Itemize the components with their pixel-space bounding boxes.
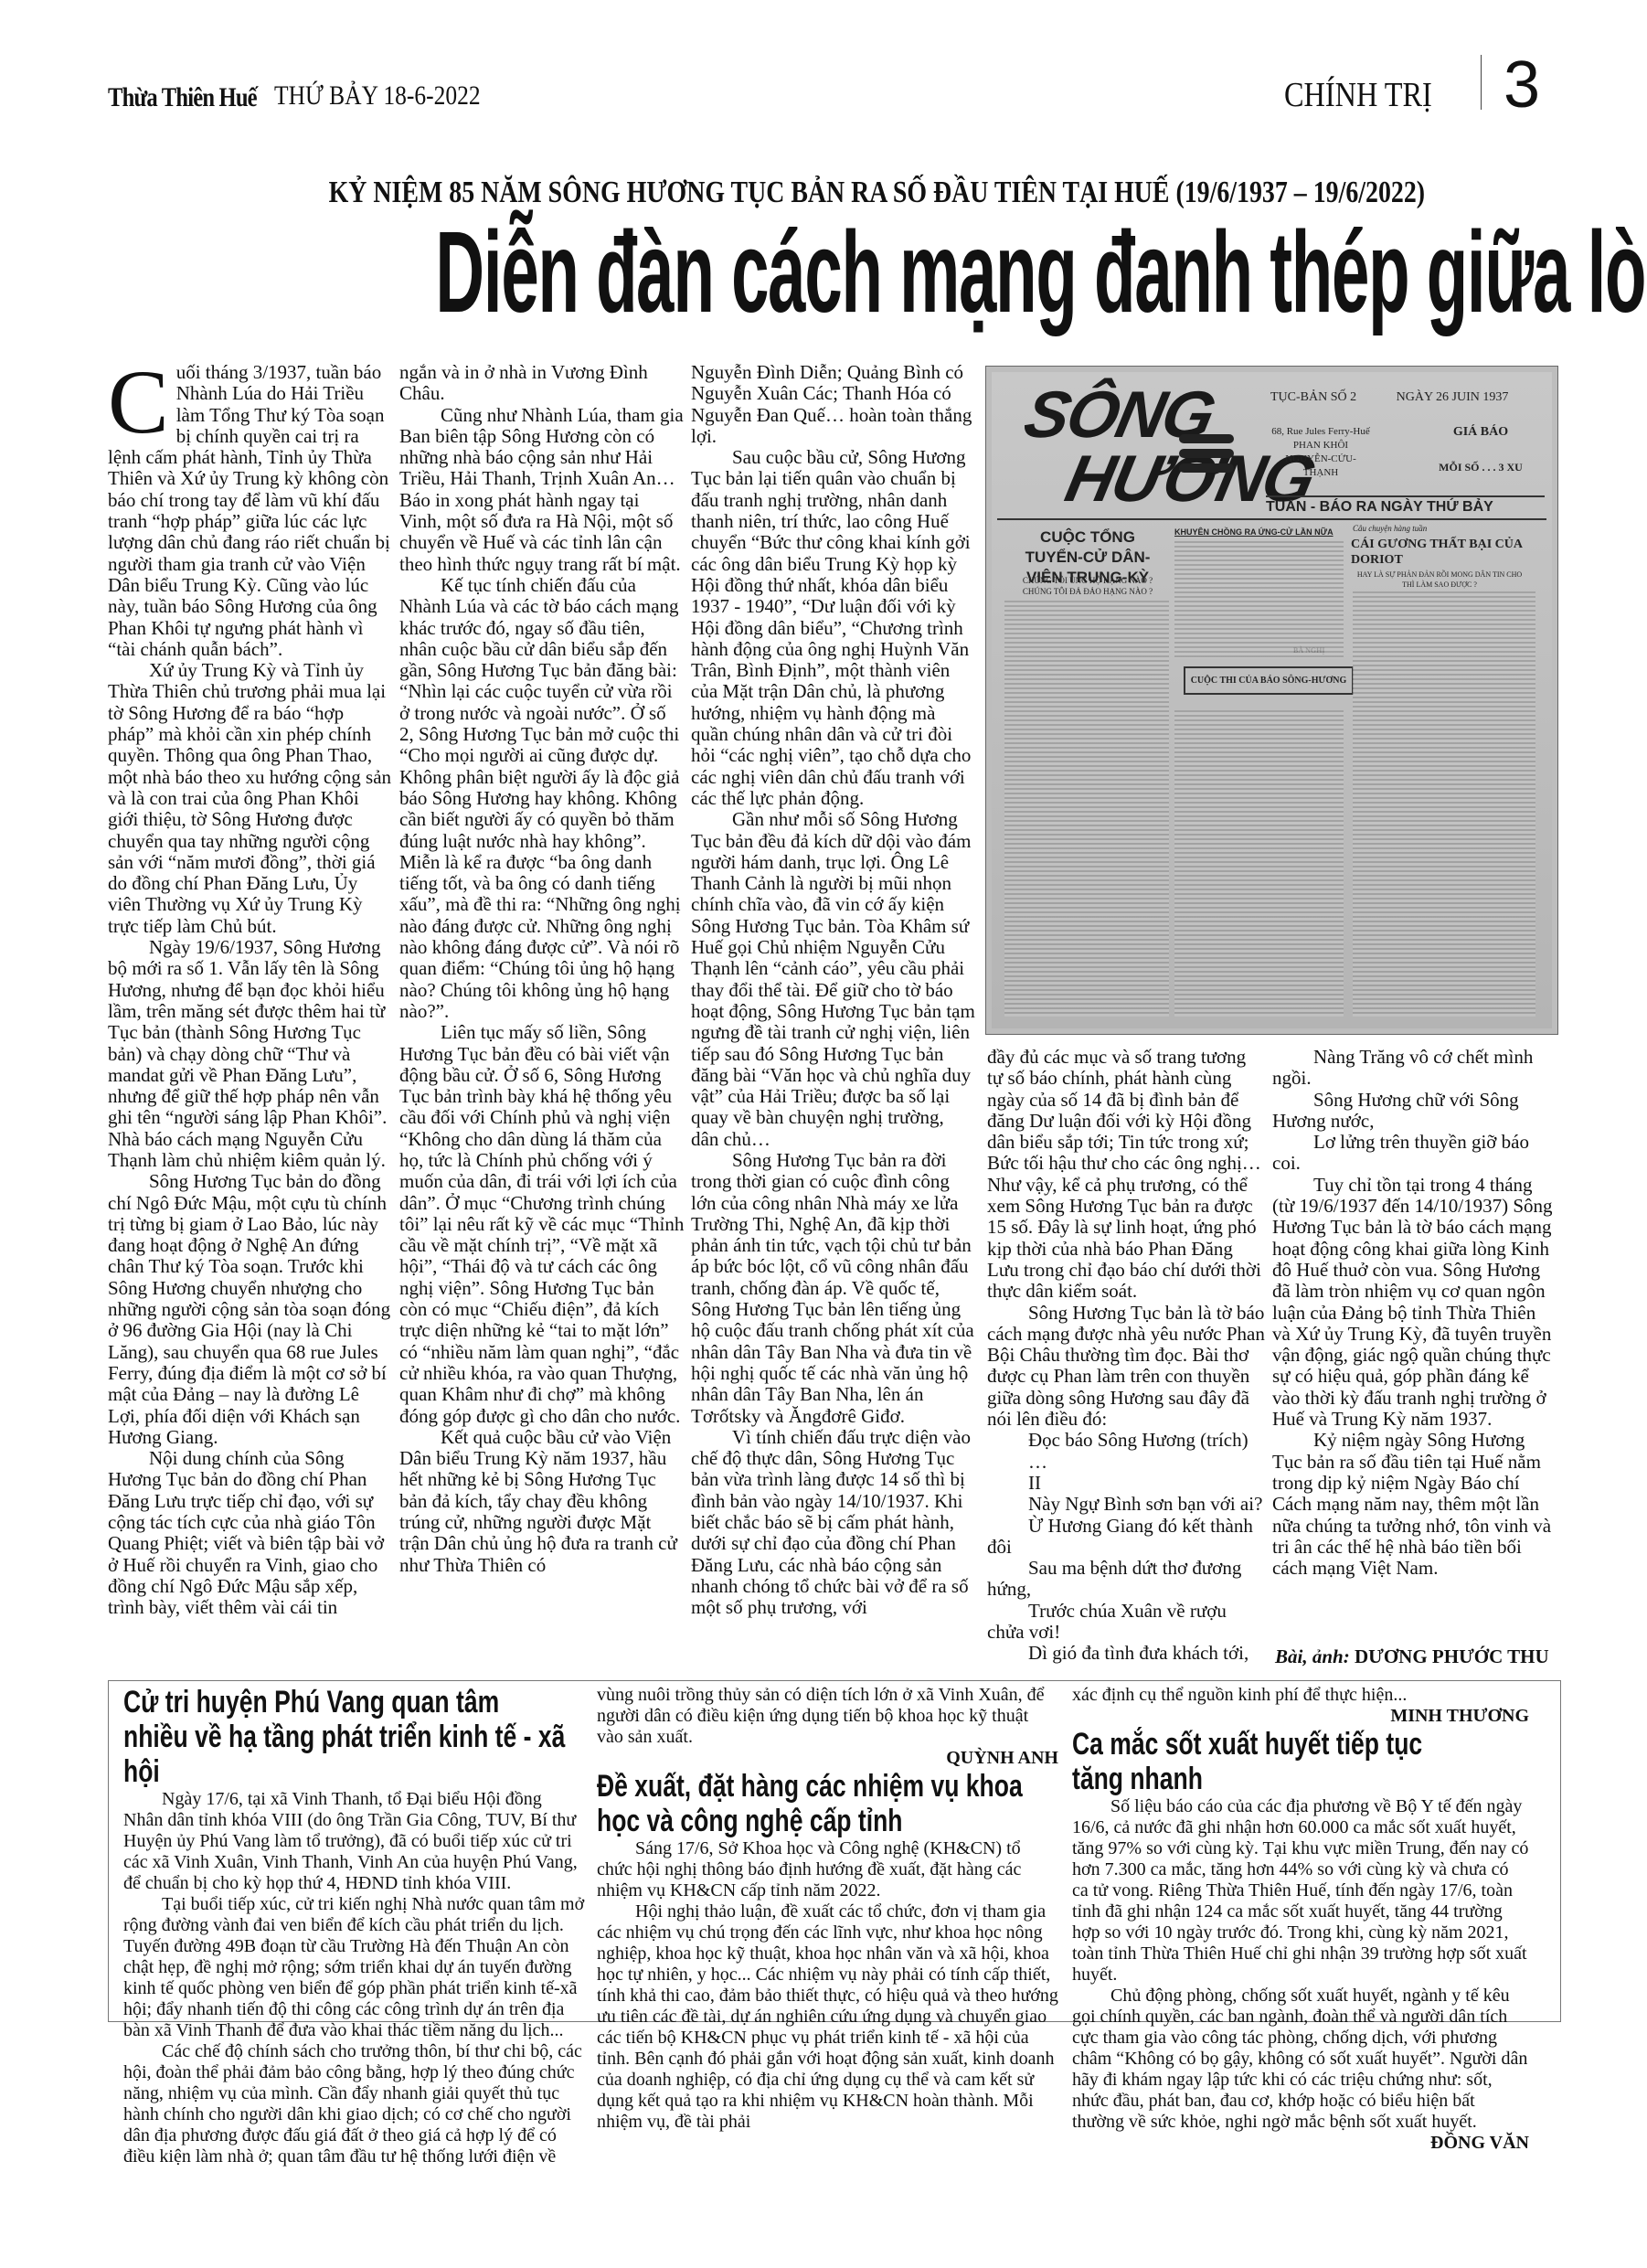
masthead: Thừa Thiên Huế <box>108 82 257 113</box>
photo-text-block <box>1353 591 1535 1017</box>
poem-title: Đọc báo Sông Hương (trích) <box>987 1430 1266 1451</box>
paragraph: Sau cuộc bầu cử, Sông Hương Tục bản lại … <box>691 447 976 809</box>
paragraph: Số liệu báo cáo của các địa phương về Bộ… <box>1072 1796 1529 1986</box>
paragraph: Kết quả cuộc bầu cử vào Viện Dân biểu Tr… <box>399 1427 685 1576</box>
header-divider <box>1481 55 1482 110</box>
paragraph-continued: vùng nuôi trồng thủy sản có diện tích lớ… <box>597 1685 1058 1748</box>
paragraph: Ngày 17/6, tại xã Vinh Thanh, tổ Đại biể… <box>123 1789 585 1894</box>
author-signature: ĐỒNG VĂN <box>1072 2133 1529 2154</box>
article-column-1: C uối tháng 3/1937, tuần báo Nhành Lúa d… <box>108 362 393 1619</box>
paragraph: đầy đủ các mục và số trang tương tự số b… <box>987 1047 1266 1303</box>
paragraph: Sông Hương Tục bản ra đời trong thời gia… <box>691 1150 976 1427</box>
poem-line: Nàng Trăng vô cớ chết mình ngồi. <box>1272 1047 1556 1090</box>
logo-wave-icon <box>1179 463 1234 473</box>
paragraph: Hội nghị thảo luận, đề xuất các tổ chức,… <box>597 1901 1058 2133</box>
publisher-info: 68, Rue Jules Ferry-Huế PHAN KHÔI NGUYỄN… <box>1270 425 1371 480</box>
article-column-2: ngắn và in ở nhà in Vương Đình Châu. Cũn… <box>399 362 685 1576</box>
paragraph: Sông Hương Tục bản là tờ báo cách mạng đ… <box>987 1303 1266 1431</box>
photo-rule <box>997 518 1546 520</box>
paragraph: Chủ động phòng, chống sốt xuất huyết, ng… <box>1072 1986 1529 2133</box>
brief-title: Cử tri huyện Phú Vang quan tâm nhiều về … <box>123 1685 566 1789</box>
poem-line: Sau ma bệnh dứt thơ đương hứng, <box>987 1558 1266 1601</box>
paragraph: ngắn và in ở nhà in Vương Đình Châu. <box>399 362 685 405</box>
poem-line: Lơ lửng trên thuyền giỡ báo coi. <box>1272 1132 1556 1175</box>
paragraph: Tại buổi tiếp xúc, cử tri kiến nghị Nhà … <box>123 1894 585 2041</box>
paragraph: Ngày 19/6/1937, Sông Hương bộ mới ra số … <box>108 937 393 1171</box>
paragraph: Kế tục tính chiến đấu của Nhành Lúa và c… <box>399 575 685 1022</box>
photo-contest-box: CUỘC THI CỦA BÁO SÔNG-HƯƠNG <box>1184 666 1354 695</box>
weekly-banner: TUẦN - BÁO RA NGÀY THỨ BẢY <box>1266 495 1545 516</box>
poem-line: Sông Hương chữ với Sông Hương nước, <box>1272 1090 1556 1133</box>
brief-title: Đề xuất, đặt hàng các nhiệm vụ khoa học … <box>597 1769 1025 1838</box>
section-title: CHÍNH TRỊ <box>1284 75 1432 115</box>
photo-text-block <box>1174 710 1344 1017</box>
newspaper-scan-photo: SÔNG HƯƠNG TỤC-BẢN SỐ 2 NGÀY 26 JUIN 193… <box>985 366 1558 1035</box>
author-signature: MINH THƯƠNG <box>1072 1706 1529 1727</box>
poem-line: Ừ Hương Giang đó kết thành đôi <box>987 1516 1266 1559</box>
paragraph-continued: xác định cụ thể nguồn kinh phí để thực h… <box>1072 1685 1529 1706</box>
price-box: GIÁ BÁO MỖI SỐ . . . 3 XU <box>1421 425 1540 474</box>
brief-article-khcn: vùng nuôi trồng thủy sản có diện tích lớ… <box>597 1685 1058 2133</box>
poem-line: II <box>987 1473 1266 1494</box>
logo-wave-icon <box>1179 434 1234 443</box>
main-byline: Bài, ảnh: DƯƠNG PHƯỚC THU <box>1275 1645 1549 1668</box>
article-column-5: Nàng Trăng vô cớ chết mình ngồi. Sông Hư… <box>1272 1047 1556 1579</box>
poem-line: Dì gió đa tình đưa khách tới, <box>987 1643 1266 1664</box>
paragraph: Nguyễn Đình Diễn; Quảng Bình có Nguyễn X… <box>691 362 976 447</box>
paragraph: Gần như mỗi số Sông Hương Tục bản đều đả… <box>691 809 976 1150</box>
paragraph: Cũng như Nhành Lúa, tham gia Ban biên tậ… <box>399 405 685 575</box>
author-signature: QUỲNH ANH <box>597 1748 1058 1769</box>
photo-paper: SÔNG HƯƠNG TỤC-BẢN SỐ 2 NGÀY 26 JUIN 193… <box>992 372 1552 1028</box>
poem-line: Trước chúa Xuân về rượu chửa vơi! <box>987 1601 1266 1644</box>
photo-headline: KHUYÊN CHỒNG RA ỨNG-CỬ LẦN NỮA <box>1174 527 1344 537</box>
paragraph: Sáng 17/6, Sở Khoa học và Công nghệ (KH&… <box>597 1838 1058 1901</box>
paragraph: Liên tục mấy số liền, Sông Hương Tục bản… <box>399 1022 685 1427</box>
article-column-4: đầy đủ các mục và số trang tương tự số b… <box>987 1047 1266 1665</box>
brief-title: Ca mắc sốt xuất huyết tiếp tục tăng nhan… <box>1072 1727 1472 1796</box>
issue-date: THỨ BẢY 18-6-2022 <box>274 80 481 112</box>
photo-text-block <box>1174 541 1344 658</box>
article-column-3: Nguyễn Đình Diễn; Quảng Bình có Nguyễn X… <box>691 362 976 1619</box>
photo-text-block <box>1004 601 1169 1017</box>
paragraph: Tuy chỉ tồn tại trong 4 tháng (từ 19/6/1… <box>1272 1175 1556 1431</box>
article-kicker: KỶ NIỆM 85 NĂM SÔNG HƯƠNG TỤC BẢN RA SỐ … <box>329 176 1408 210</box>
logo-wave-icon <box>1179 449 1234 458</box>
photo-headline: CÁI GƯƠNG THẤT BẠI CỦA DORIOT <box>1351 537 1534 568</box>
paragraph: Nội dung chính của Sông Hương Tục bản do… <box>108 1448 393 1618</box>
paragraph: Vì tính chiến đấu trực diện vào chế độ t… <box>691 1427 976 1619</box>
article-headline: Diễn đàn cách mạng đanh thép giữa lòng k… <box>435 215 1319 330</box>
paragraph: Xứ ủy Trung Kỳ và Tỉnh ủy Thừa Thiên chủ… <box>108 660 393 937</box>
poem-line: Này Ngự Bình sơn bạn với ai? <box>987 1494 1266 1515</box>
brief-article-sot-xuat-huyet: xác định cụ thể nguồn kinh phí để thực h… <box>1072 1685 1529 2154</box>
paragraph: Sông Hương Tục bản do đồng chí Ngô Đức M… <box>108 1171 393 1448</box>
poem-line: … <box>987 1452 1266 1473</box>
issue-info: TỤC-BẢN SỐ 2 NGÀY 26 JUIN 1937 <box>1270 390 1508 405</box>
paragraph: Các chế độ chính sách cho trưởng thôn, b… <box>123 2041 585 2167</box>
drop-cap: C <box>108 366 169 439</box>
paragraph: Kỷ niệm ngày Sông Hương Tục bản ra số đầ… <box>1272 1430 1556 1579</box>
brief-article-phu-vang: Cử tri huyện Phú Vang quan tâm nhiều về … <box>123 1685 585 2167</box>
page-number: 3 <box>1504 48 1540 122</box>
